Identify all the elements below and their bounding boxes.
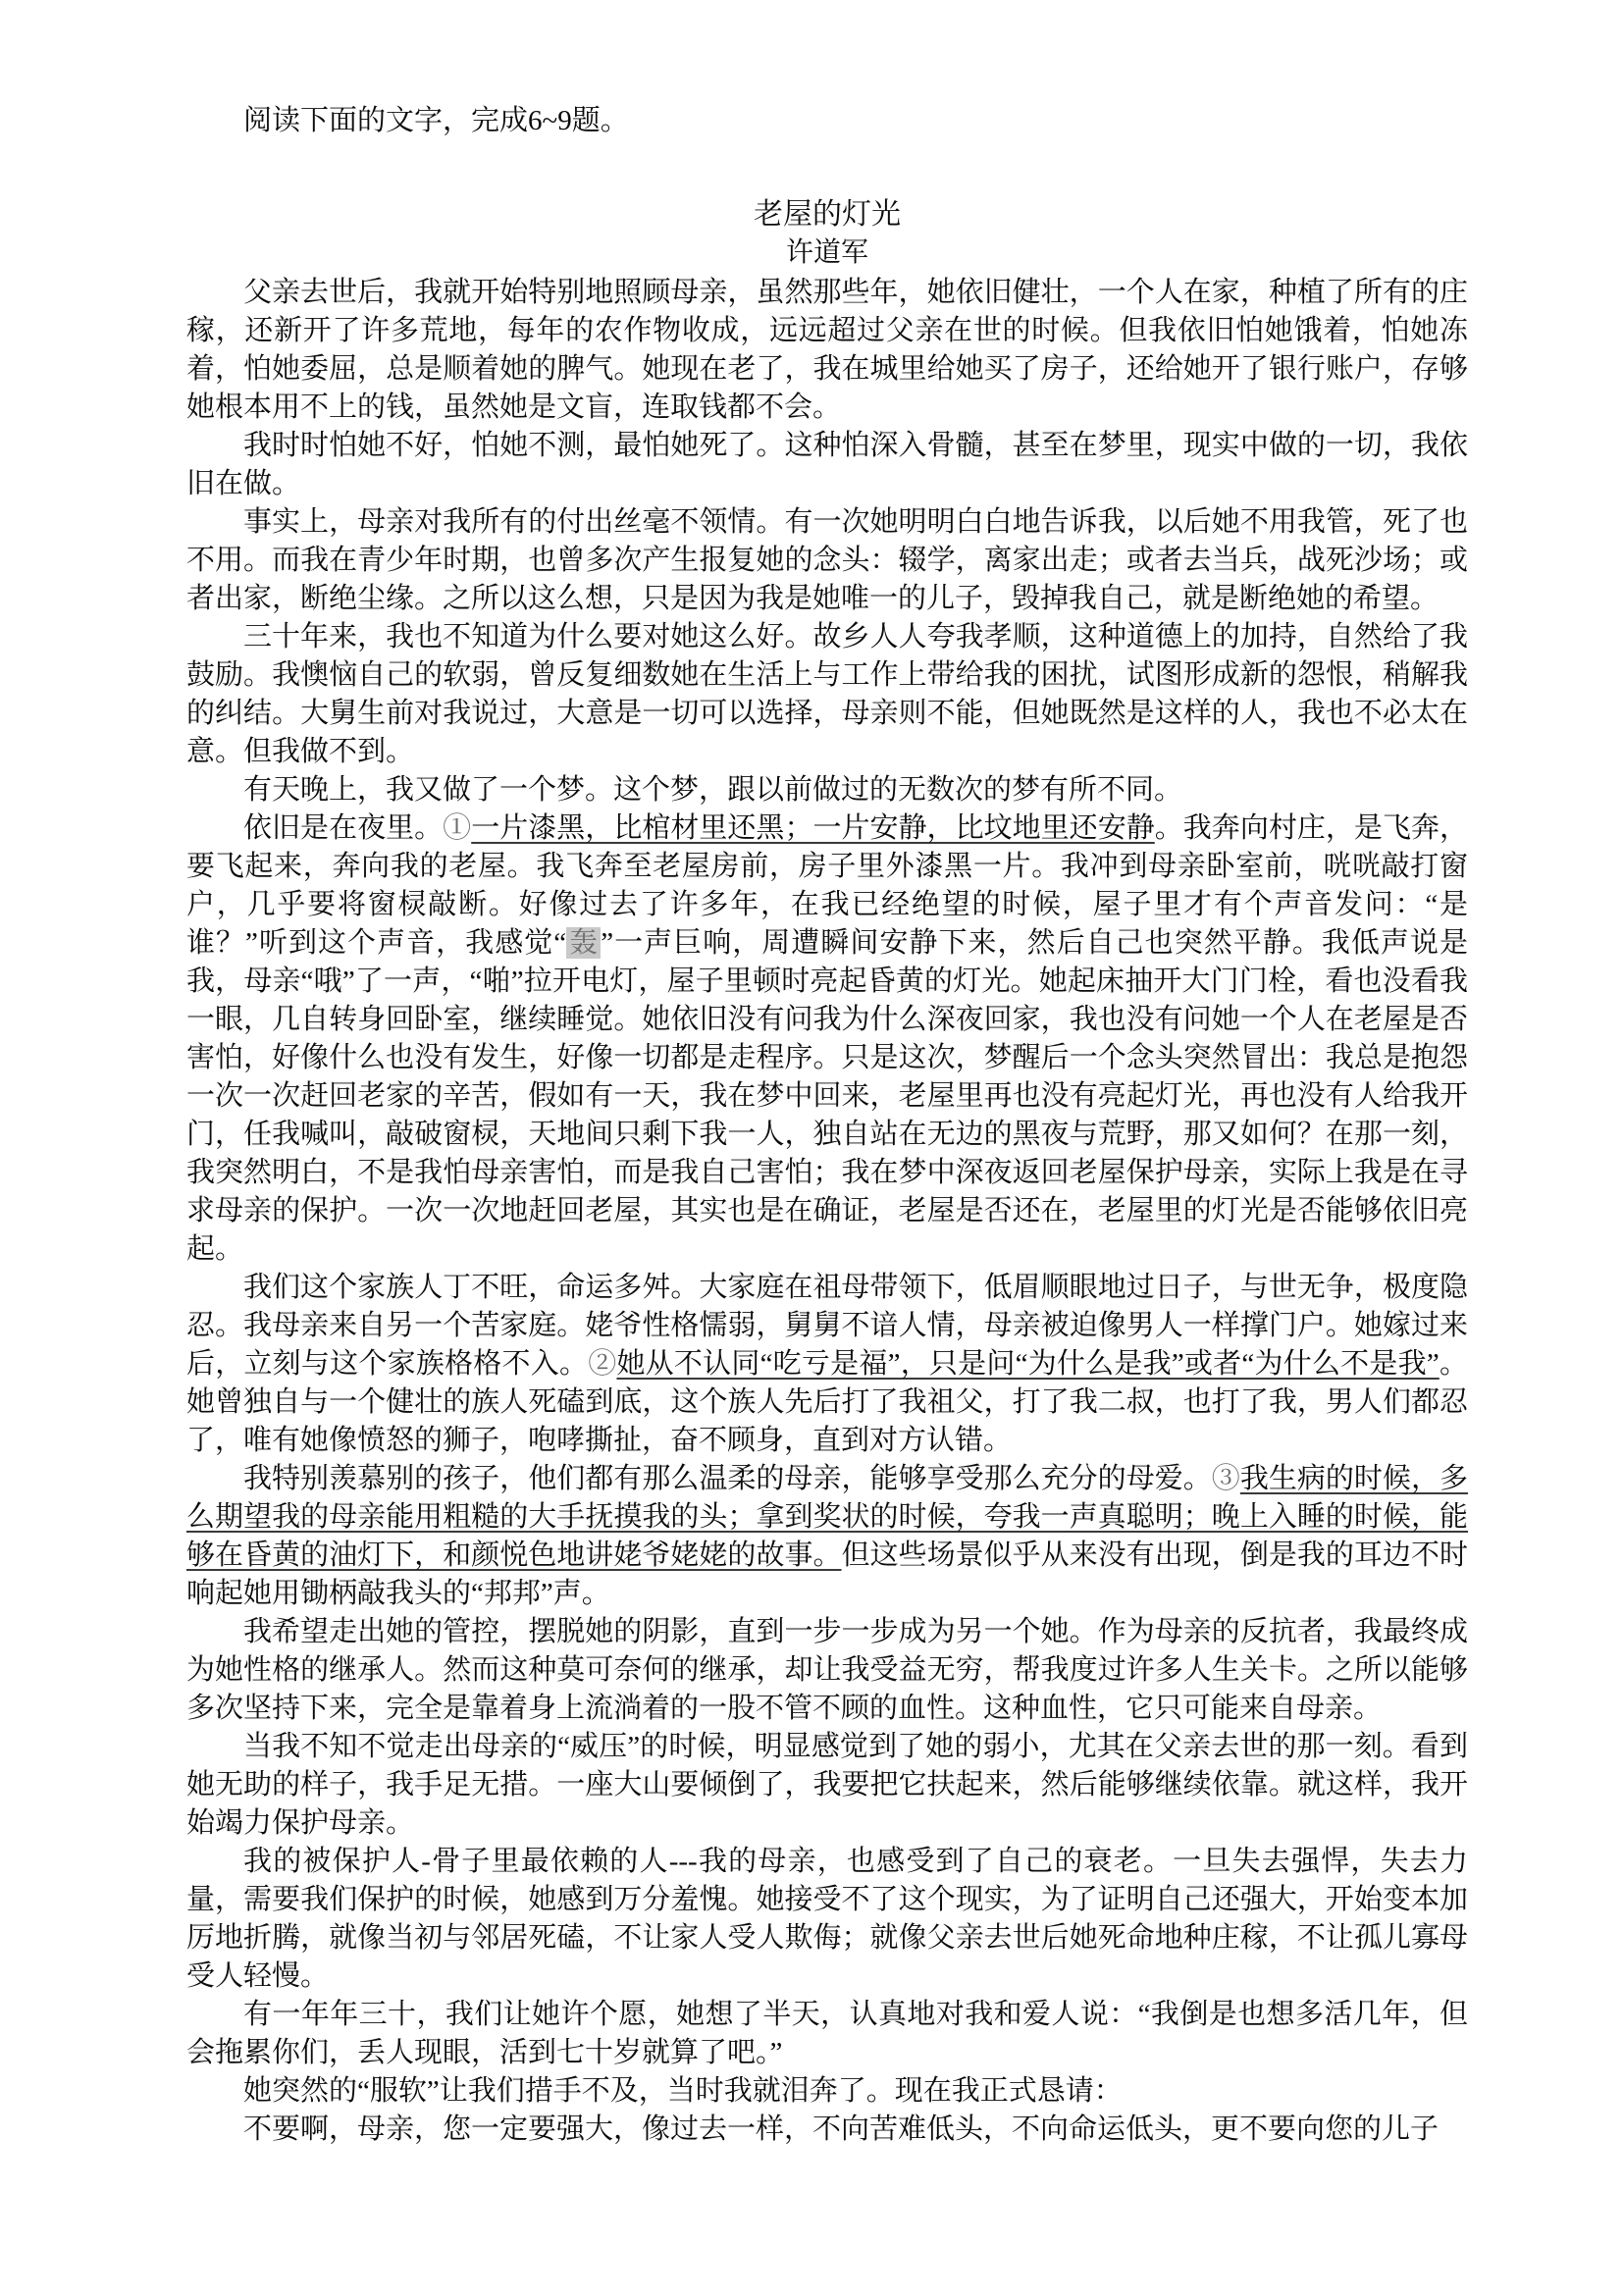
underlined-text: 一片漆黑，比棺材里还黑；一片安静，比坟地里还安静 — [471, 812, 1155, 844]
paragraph: 我希望走出她的管控，摆脱她的阴影，直到一步一步成为另一个她。作为母亲的反抗者，我… — [186, 1613, 1468, 1728]
text-segment: 事实上，母亲对我所有的付出丝毫不领情。有一次她明明白白地告诉我，以后她不用我管，… — [186, 506, 1468, 614]
article-title: 老屋的灯光 — [186, 195, 1468, 234]
paragraph: 我时时怕她不好，怕她不测，最怕她死了。这种怕深入骨髓，甚至在梦里，现实中做的一切… — [186, 427, 1468, 503]
paragraph: 三十年来，我也不知道为什么要对她这么好。故乡人人夸我孝顺，这种道德上的加持，自然… — [186, 618, 1468, 771]
text-segment: 有天晚上，我又做了一个梦。这个梦，跟以前做过的无数次的梦有所不同。 — [243, 774, 1182, 806]
text-segment: 我时时怕她不好，怕她不测，最怕她死了。这种怕深入骨髓，甚至在梦里，现实中做的一切… — [186, 430, 1468, 499]
text-segment: 不要啊，母亲，您一定要强大，像过去一样，不向苦难低头，不向命运低头，更不要向您的… — [243, 2113, 1439, 2145]
paragraph: 不要啊，母亲，您一定要强大，像过去一样，不向苦难低头，不向命运低头，更不要向您的… — [186, 2111, 1468, 2149]
text-segment: 父亲去世后，我就开始特别地照顾母亲，虽然那些年，她依旧健壮，一个人在家，种植了所… — [186, 277, 1468, 423]
text-segment: 我的被保护人-骨子里最依赖的人---我的母亲，也感受到了自己的衰老。一旦失去强悍… — [186, 1846, 1468, 1992]
paragraph: 事实上，母亲对我所有的付出丝毫不领情。有一次她明明白白地告诉我，以后她不用我管，… — [186, 503, 1468, 618]
text-segment: 当我不知不觉走出母亲的“威压”的时候，明显感觉到了她的弱小，尤其在父亲去世的那一… — [186, 1731, 1468, 1839]
paragraph: 父亲去世后，我就开始特别地照顾母亲，虽然那些年，她依旧健壮，一个人在家，种植了所… — [186, 274, 1468, 427]
text-segment: ”一声巨响，周遭瞬间安静下来，然后自己也突然平静。我低声说是我，母亲“哦”了一声… — [186, 927, 1468, 1265]
text-segment: 依旧是在夜里。 — [243, 812, 443, 844]
paragraph: 我特别羡慕别的孩子，他们都有那么温柔的母亲，能够享受那么充分的母爱。③我生病的时… — [186, 1460, 1468, 1613]
paragraph: 有天晚上，我又做了一个梦。这个梦，跟以前做过的无数次的梦有所不同。 — [186, 771, 1468, 809]
text-segment: 她突然的“服软”让我们措手不及，当时我就泪奔了。现在我正式恳请： — [243, 2075, 1123, 2107]
text-segment: 有一年年三十，我们让她许个愿，她想了半天，认真地对我和爱人说：“我倒是也想多活几… — [186, 1999, 1468, 2068]
annotation-marker: ② — [588, 1348, 616, 1380]
paragraph: 当我不知不觉走出母亲的“威压”的时候，明显感觉到了她的弱小，尤其在父亲去世的那一… — [186, 1728, 1468, 1843]
underlined-text: 她从不认同“吃亏是福”，只是问“为什么是我”或者“为什么不是我” — [616, 1348, 1439, 1380]
article-body: 父亲去世后，我就开始特别地照顾母亲，虽然那些年，她依旧健壮，一个人在家，种植了所… — [186, 274, 1468, 2149]
text-segment: 我希望走出她的管控，摆脱她的阴影，直到一步一步成为另一个她。作为母亲的反抗者，我… — [186, 1616, 1468, 1724]
annotation-marker: ① — [443, 812, 471, 844]
paragraph: 有一年年三十，我们让她许个愿，她想了半天，认真地对我和爱人说：“我倒是也想多活几… — [186, 1996, 1468, 2072]
text-segment: 我特别羡慕别的孩子，他们都有那么温柔的母亲，能够享受那么充分的母爱。 — [243, 1463, 1212, 1494]
article-author: 许道军 — [186, 234, 1468, 272]
document-page: 阅读下面的文字，完成6~9题。 老屋的灯光 许道军 父亲去世后，我就开始特别地照… — [0, 0, 1623, 2296]
paragraph: 我们这个家族人丁不旺，命运多舛。大家庭在祖母带领下，低眉顺眼地过日子，与世无争，… — [186, 1269, 1468, 1460]
annotation-marker: ③ — [1212, 1463, 1240, 1494]
paragraph: 依旧是在夜里。①一片漆黑，比棺材里还黑；一片安静，比坟地里还安静。我奔向村庄，是… — [186, 809, 1468, 1269]
text-segment: 三十年来，我也不知道为什么要对她这么好。故乡人人夸我孝顺，这种道德上的加持，自然… — [186, 621, 1468, 767]
paragraph: 她突然的“服软”让我们措手不及，当时我就泪奔了。现在我正式恳请： — [186, 2072, 1468, 2111]
instruction-line: 阅读下面的文字，完成6~9题。 — [186, 102, 1468, 140]
highlighted-char: 轰 — [566, 927, 601, 959]
paragraph: 我的被保护人-骨子里最依赖的人---我的母亲，也感受到了自己的衰老。一旦失去强悍… — [186, 1843, 1468, 1996]
